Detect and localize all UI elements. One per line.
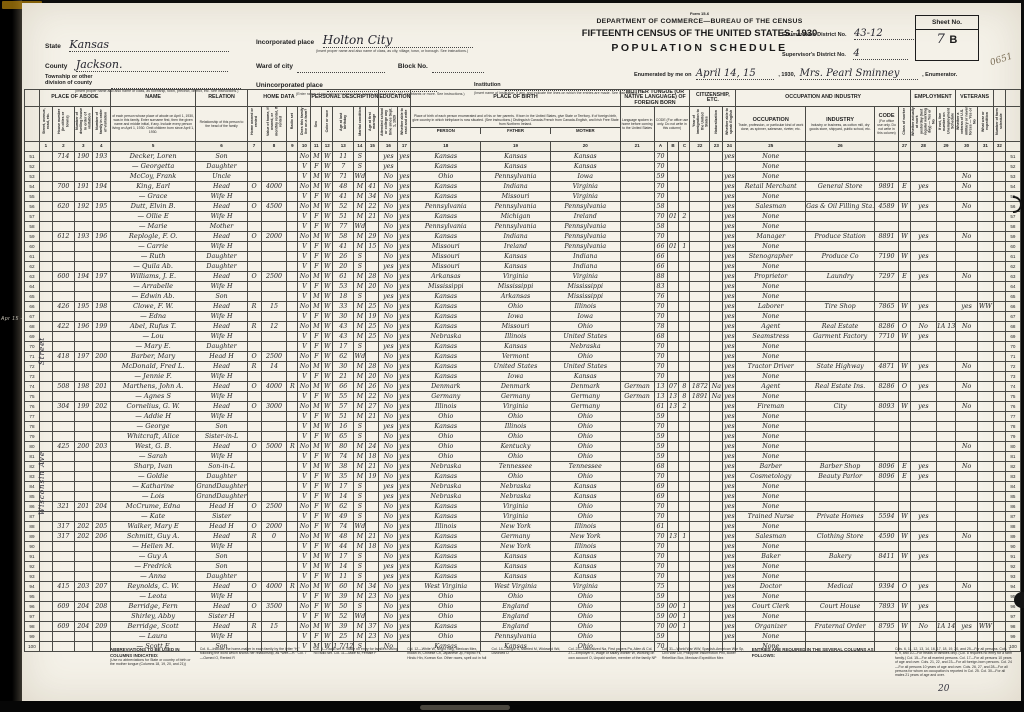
record-cell: 53 xyxy=(333,281,354,291)
record-cell xyxy=(261,341,287,351)
record-cell: 70 xyxy=(654,151,667,161)
record-cell xyxy=(910,391,936,401)
record-cell: yes xyxy=(398,421,411,431)
record-cell xyxy=(247,421,261,431)
record-cell xyxy=(620,491,654,501)
record-cell: 201 xyxy=(92,381,110,391)
record-cell xyxy=(936,611,956,621)
record-cell xyxy=(287,151,298,161)
record-cell: Shirley, Abby xyxy=(110,611,196,621)
record-cell: S xyxy=(354,501,366,511)
column-description: Radio set xyxy=(287,106,298,141)
record-cell: Daughter xyxy=(196,471,247,481)
record-cell: yes xyxy=(398,531,411,541)
record-cell: Williams, J. E. xyxy=(110,271,196,281)
line-number: 61 xyxy=(1005,251,1020,261)
record-cell: England xyxy=(481,601,551,611)
census-record-row: 63600194197Williams, J. E.HeadO2500NoMW6… xyxy=(25,271,1021,281)
record-cell xyxy=(74,361,92,371)
record-cell: F xyxy=(311,541,322,551)
record-cell: 43 xyxy=(333,321,354,331)
record-cell xyxy=(910,161,936,171)
record-cell xyxy=(74,171,92,181)
record-cell xyxy=(956,151,978,161)
record-cell: O xyxy=(247,181,261,191)
record-cell: Proprietor xyxy=(736,271,806,281)
record-cell: 15 xyxy=(261,301,287,311)
record-cell: No xyxy=(379,611,398,621)
record-cell xyxy=(910,341,936,351)
record-cell xyxy=(899,391,911,401)
record-cell xyxy=(936,151,956,161)
record-cell: yes xyxy=(723,631,736,641)
record-cell: 70 xyxy=(654,211,667,221)
record-cell: Arkansas xyxy=(481,291,551,301)
record-cell: 44 xyxy=(333,541,354,551)
record-cell: yes xyxy=(398,401,411,411)
record-cell: No xyxy=(379,181,398,191)
record-cell xyxy=(261,281,287,291)
record-cell xyxy=(936,471,956,481)
record-cell: Kansas xyxy=(550,151,620,161)
record-cell xyxy=(261,511,287,521)
state-value: Kansas xyxy=(69,38,229,52)
record-cell: 70 xyxy=(654,561,667,571)
record-cell: None xyxy=(736,571,806,581)
record-cell: No xyxy=(379,401,398,411)
record-cell xyxy=(620,201,654,211)
record-cell: O xyxy=(247,201,261,211)
record-cell: Kansas xyxy=(481,151,551,161)
record-cell xyxy=(74,631,92,641)
record-cell xyxy=(52,611,74,621)
record-cell xyxy=(679,511,690,521)
record-cell: yes xyxy=(379,491,398,501)
record-cell: Pennsylvania xyxy=(550,231,620,241)
record-cell: W xyxy=(322,551,333,561)
record-cell: Berridge, Scott xyxy=(110,621,196,631)
enumerated-prefix: Enumerated by me on xyxy=(634,72,691,78)
record-cell xyxy=(261,171,287,181)
record-cell xyxy=(993,421,1005,431)
record-cell: Wife H xyxy=(196,391,247,401)
record-cell xyxy=(74,431,92,441)
census-sheet: Form 15-6 DEPARTMENT OF COMMERCE—BUREAU … xyxy=(22,3,1021,701)
record-cell: W xyxy=(322,401,333,411)
record-cell: No xyxy=(379,281,398,291)
record-cell: 70 xyxy=(654,341,667,351)
column-description: INDUSTRYIndustry or business, as cotton … xyxy=(806,106,875,141)
record-cell xyxy=(993,401,1005,411)
township-value xyxy=(111,81,241,89)
column-number: 11 xyxy=(311,141,322,151)
record-cell: 18 xyxy=(366,451,379,461)
record-cell: 195 xyxy=(74,301,92,311)
record-cell xyxy=(287,331,298,341)
record-cell xyxy=(366,291,379,301)
record-cell: V xyxy=(298,561,311,571)
record-cell xyxy=(92,341,110,351)
record-cell: W xyxy=(322,431,333,441)
record-cell: yes xyxy=(398,351,411,361)
record-cell: W xyxy=(322,241,333,251)
record-cell xyxy=(667,411,679,421)
record-cell: No xyxy=(379,381,398,391)
census-record-row: 81— SarahWife HVFW74M18NoyesOhioOhioOhio… xyxy=(25,451,1021,461)
record-cell xyxy=(679,311,690,321)
record-cell: Court Clerk xyxy=(736,601,806,611)
record-cell xyxy=(667,361,679,371)
record-cell xyxy=(92,331,110,341)
sheet-number-box: Sheet No. 7 B xyxy=(915,15,979,61)
record-cell xyxy=(620,271,654,281)
record-cell: W xyxy=(322,381,333,391)
record-cell: yes xyxy=(910,511,936,521)
column-description: Language spoken in home before coming to… xyxy=(620,106,654,141)
record-cell: Head xyxy=(196,441,247,451)
record-cell: yes xyxy=(723,201,736,211)
record-cell xyxy=(679,191,690,201)
record-cell xyxy=(247,491,261,501)
record-cell xyxy=(287,181,298,191)
record-cell: W xyxy=(322,531,333,541)
record-cell xyxy=(679,171,690,181)
record-cell: 12 xyxy=(261,321,287,331)
column-number: B xyxy=(667,141,679,151)
record-cell: Iowa xyxy=(481,371,551,381)
record-cell: No xyxy=(379,211,398,221)
record-cell: Virginia xyxy=(481,401,551,411)
record-cell: Illinois xyxy=(550,301,620,311)
record-cell: 41 xyxy=(333,241,354,251)
record-cell: 190 xyxy=(74,151,92,161)
record-cell: F xyxy=(311,311,322,321)
line-number: 97 xyxy=(25,611,40,621)
record-cell: yes xyxy=(723,331,736,341)
record-cell: yes xyxy=(398,591,411,601)
record-cell xyxy=(92,241,110,251)
record-cell: No xyxy=(379,441,398,451)
record-cell xyxy=(710,461,723,471)
record-cell: M xyxy=(354,591,366,601)
record-cell xyxy=(956,251,978,261)
record-cell xyxy=(52,161,74,171)
record-cell: W xyxy=(322,481,333,491)
record-cell: Iowa xyxy=(550,171,620,181)
record-cell: V xyxy=(298,511,311,521)
record-cell xyxy=(875,521,899,531)
record-cell xyxy=(936,281,956,291)
record-cell: No xyxy=(379,551,398,561)
record-cell xyxy=(667,591,679,601)
record-cell: None xyxy=(736,481,806,491)
record-cell xyxy=(899,221,911,231)
record-cell: Fraternal Order xyxy=(806,621,875,631)
record-cell: 70 xyxy=(654,161,667,171)
record-cell xyxy=(679,251,690,261)
record-cell: Marthens, John A. xyxy=(110,381,196,391)
record-cell: W xyxy=(322,331,333,341)
record-cell: yes xyxy=(723,461,736,471)
record-cell: yes xyxy=(379,421,398,431)
line-number: 98 xyxy=(25,621,40,631)
record-cell xyxy=(910,191,936,201)
record-cell xyxy=(806,571,875,581)
record-cell xyxy=(287,521,298,531)
record-cell: No xyxy=(298,521,311,531)
record-cell xyxy=(620,561,654,571)
record-cell xyxy=(74,331,92,341)
record-cell: Ohio xyxy=(411,441,481,451)
record-cell: V xyxy=(298,261,311,271)
record-cell: None xyxy=(736,491,806,501)
record-cell xyxy=(936,291,956,301)
record-cell xyxy=(993,191,1005,201)
record-cell xyxy=(247,461,261,471)
record-cell: 57 xyxy=(333,401,354,411)
record-cell: 199 xyxy=(74,401,92,411)
record-cell: Kansas xyxy=(550,481,620,491)
record-cell xyxy=(247,471,261,481)
record-cell xyxy=(956,411,978,421)
record-cell xyxy=(52,561,74,571)
record-cell xyxy=(977,291,993,301)
record-cell xyxy=(667,181,679,191)
census-record-row: 68422196199Abel, Rufus T.HeadR12NoMW43M2… xyxy=(25,321,1021,331)
record-cell: 30 xyxy=(333,361,354,371)
record-cell: F xyxy=(311,351,322,361)
record-cell xyxy=(910,411,936,421)
record-cell: Indiana xyxy=(481,181,551,191)
record-cell: 191 xyxy=(74,181,92,191)
record-cell xyxy=(875,391,899,401)
line-number: 82 xyxy=(1005,461,1020,471)
record-cell: yes xyxy=(723,571,736,581)
record-cell: Medical xyxy=(806,581,875,591)
record-cell: 422 xyxy=(52,321,74,331)
record-cell: Ohio xyxy=(481,411,551,421)
record-cell: Head H xyxy=(196,351,247,361)
record-cell: W xyxy=(322,391,333,401)
record-cell: — Edwin Ab. xyxy=(110,291,196,301)
record-cell: Wife H xyxy=(196,311,247,321)
record-cell xyxy=(710,551,723,561)
record-cell xyxy=(287,191,298,201)
record-cell: 26 xyxy=(333,251,354,261)
record-cell xyxy=(899,571,911,581)
column-description: Whether actually at work yesterday (last… xyxy=(910,106,936,141)
record-cell xyxy=(710,571,723,581)
record-cell: Wd xyxy=(354,521,366,531)
record-cell xyxy=(74,191,92,201)
record-cell: No xyxy=(379,591,398,601)
record-cell: 83 xyxy=(654,281,667,291)
record-cell: No xyxy=(379,311,398,321)
record-cell: 59 xyxy=(654,601,667,611)
record-cell: 4500 xyxy=(261,201,287,211)
record-cell: 3000 xyxy=(261,401,287,411)
record-cell xyxy=(52,361,74,371)
record-cell: M xyxy=(311,561,322,571)
record-cell xyxy=(993,221,1005,231)
record-cell: Ohio xyxy=(550,621,620,631)
record-cell: Baker xyxy=(736,551,806,561)
column-description: Age at last birthday xyxy=(333,106,354,141)
record-cell: Barber Shop xyxy=(806,461,875,471)
record-cell: 37 xyxy=(366,621,379,631)
record-cell: 1891 xyxy=(690,391,710,401)
record-cell xyxy=(899,631,911,641)
record-cell xyxy=(261,631,287,641)
record-cell: Indiana xyxy=(550,251,620,261)
record-cell xyxy=(39,181,52,191)
record-cell xyxy=(287,321,298,331)
record-cell xyxy=(39,561,52,571)
line-number: 86 xyxy=(1005,501,1020,511)
record-cell: 205 xyxy=(92,521,110,531)
record-cell: — Lou xyxy=(110,331,196,341)
record-cell: yes xyxy=(956,621,978,631)
record-cell: No xyxy=(379,271,398,281)
record-cell xyxy=(287,221,298,231)
record-cell: yes xyxy=(910,201,936,211)
record-cell: No xyxy=(298,361,311,371)
line-number: 66 xyxy=(1005,301,1020,311)
record-cell xyxy=(39,631,52,641)
census-record-row: 51714190193Decker, LorenSonNoMW11Syesyes… xyxy=(25,151,1021,161)
record-cell: 21 xyxy=(366,211,379,221)
record-cell xyxy=(977,281,993,291)
record-cell xyxy=(679,481,690,491)
line-number: 99 xyxy=(25,631,40,641)
record-cell xyxy=(936,311,956,321)
record-cell xyxy=(366,251,379,261)
record-cell xyxy=(52,431,74,441)
record-cell xyxy=(679,421,690,431)
record-cell xyxy=(710,491,723,501)
census-record-row: 94415203207Reynolds, C. W.HeadO4000RNoMW… xyxy=(25,581,1021,591)
record-cell xyxy=(899,611,911,621)
record-cell: Wife H xyxy=(196,211,247,221)
record-cell: R xyxy=(247,361,261,371)
record-cell xyxy=(287,211,298,221)
record-cell: Ohio xyxy=(550,351,620,361)
record-cell: 33 xyxy=(333,301,354,311)
record-cell: yes xyxy=(398,581,411,591)
record-cell xyxy=(287,431,298,441)
book-binding-edge xyxy=(0,0,22,712)
record-cell: 13 xyxy=(667,531,679,541)
record-cell: 1 xyxy=(679,531,690,541)
record-cell xyxy=(247,281,261,291)
record-cell: Pennsylvania xyxy=(411,201,481,211)
record-cell xyxy=(287,411,298,421)
record-cell xyxy=(366,561,379,571)
record-cell: England xyxy=(481,611,551,621)
record-cell: 41 xyxy=(366,181,379,191)
record-cell: Daughter xyxy=(196,571,247,581)
record-cell: yes xyxy=(723,581,736,591)
abbrev-col12: Col. 12—White W, Negro Neg, Mexican Mex,… xyxy=(407,647,486,660)
record-cell: W xyxy=(322,361,333,371)
record-cell: W xyxy=(322,471,333,481)
record-cell: M xyxy=(311,381,322,391)
record-cell xyxy=(977,601,993,611)
record-cell: Daughter xyxy=(196,161,247,171)
record-cell xyxy=(620,591,654,601)
record-cell xyxy=(910,501,936,511)
record-cell xyxy=(620,451,654,461)
record-cell: R xyxy=(247,301,261,311)
record-cell xyxy=(287,301,298,311)
record-cell: 204 xyxy=(92,501,110,511)
record-cell: — Mary E. xyxy=(110,341,196,351)
record-cell xyxy=(92,171,110,181)
record-cell: Ohio xyxy=(550,631,620,641)
record-cell xyxy=(261,291,287,301)
record-cell xyxy=(39,161,52,171)
record-cell xyxy=(366,261,379,271)
entries-required-title: ENTRIES ARE REQUIRED IN THE SEVERAL COLU… xyxy=(752,647,890,658)
record-cell: McCoy, Frank xyxy=(110,171,196,181)
record-cell xyxy=(956,351,978,361)
record-cell: 208 xyxy=(92,601,110,611)
record-cell: yes xyxy=(398,371,411,381)
record-cell xyxy=(74,221,92,231)
record-cell: O xyxy=(247,271,261,281)
record-cell: 70 xyxy=(654,181,667,191)
record-cell xyxy=(710,591,723,601)
record-cell: 75 xyxy=(654,581,667,591)
record-cell: 600 xyxy=(52,271,74,281)
record-cell xyxy=(936,481,956,491)
record-cell: V xyxy=(298,481,311,491)
record-cell: M xyxy=(311,291,322,301)
record-cell: Mother xyxy=(196,221,247,231)
record-cell xyxy=(52,551,74,561)
record-cell: Beauty Parlor xyxy=(806,471,875,481)
record-cell xyxy=(993,211,1005,221)
record-cell: 00 xyxy=(667,601,679,611)
record-cell: Laundry xyxy=(806,271,875,281)
record-cell: W xyxy=(322,291,333,301)
record-cell: Tennessee xyxy=(481,461,551,471)
record-cell: M xyxy=(354,621,366,631)
record-cell: Ohio xyxy=(411,411,481,421)
record-cell xyxy=(710,331,723,341)
record-cell xyxy=(620,521,654,531)
record-cell xyxy=(936,341,956,351)
record-cell xyxy=(92,491,110,501)
record-cell: No xyxy=(298,621,311,631)
record-cell: W xyxy=(322,201,333,211)
record-cell xyxy=(977,161,993,171)
record-cell xyxy=(679,351,690,361)
record-cell xyxy=(620,161,654,171)
abbrev-col23-27: Col. 23—Naturalized Na, First papers Pa,… xyxy=(568,647,657,660)
record-cell: 20 xyxy=(366,371,379,381)
record-cell: yes xyxy=(379,571,398,581)
record-cell xyxy=(710,451,723,461)
record-cell xyxy=(993,571,1005,581)
record-cell xyxy=(92,281,110,291)
record-cell xyxy=(956,191,978,201)
record-cell: yes xyxy=(398,431,411,441)
record-cell: W xyxy=(322,261,333,271)
record-cell xyxy=(910,561,936,571)
record-cell: yes xyxy=(723,591,736,601)
column-description: Number of dwelling house in order of vis… xyxy=(74,106,92,141)
